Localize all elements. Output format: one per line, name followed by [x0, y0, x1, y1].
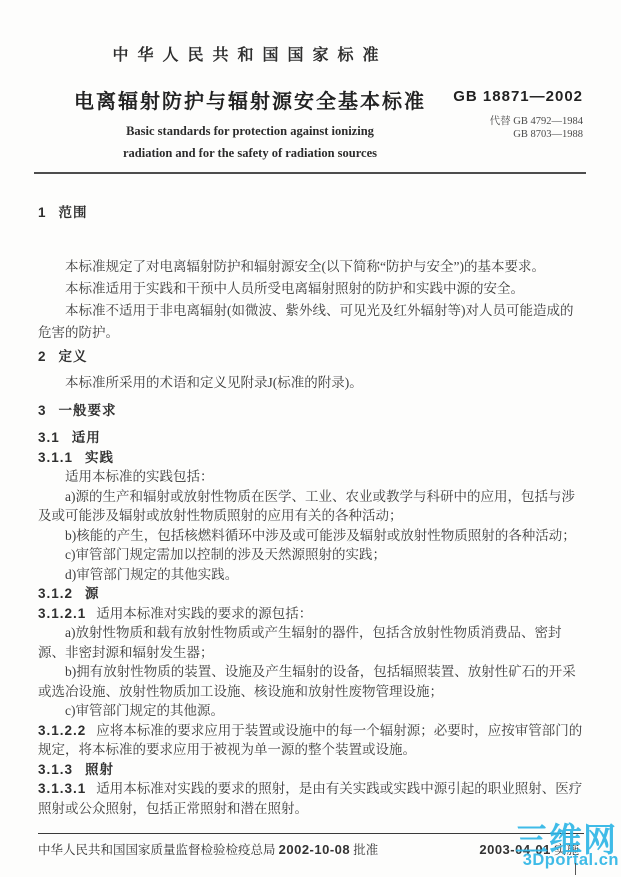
paragraph: 本标准规定了对电离辐射防护和辐射源安全(以下简称“防护与安全”)的基本要求。	[38, 256, 584, 278]
subsection-heading-sources: 3.1.2源	[38, 584, 584, 604]
subsection-heading-practices: 3.1.1实践	[38, 448, 584, 468]
standard-number: GB 18871—2002	[453, 88, 583, 105]
numbered-paragraph: 3.1.2.1适用本标准对实践的要求的源包括：	[38, 604, 584, 624]
list-item-b: b)拥有放射性物质的装置、设施及产生辐射的设备，包括辐照装置、放射性矿石的开采或…	[38, 662, 584, 701]
clause-number: 3.1.3	[38, 762, 73, 777]
paragraph-text: 应将本标准的要求应用于装置或设施中的每一个辐射源；必要时，应按审管部门的规定，将…	[38, 723, 582, 758]
footer-approval: 中华人民共和国国家质量监督检验检疫总局 2002-10-08 批准	[38, 840, 378, 858]
clause-number: 3.1.2.2	[38, 723, 86, 738]
paragraph: 适用本标准的实践包括：	[38, 467, 584, 487]
document-body: 1范围 本标准规定了对电离辐射防护和辐射源安全(以下简称“防护与安全”)的基本要…	[38, 196, 584, 818]
body-lower-segment: 3.1适用 3.1.1实践 适用本标准的实践包括： a)源的生产和辐射或放射性物…	[38, 428, 584, 818]
clause-number: 3.1.2.1	[38, 606, 86, 621]
clause-number: 3.1.2	[38, 586, 73, 601]
section-heading-general-requirements: 3一般要求	[38, 400, 584, 422]
clause-title: 定义	[59, 349, 88, 364]
subsection-heading-applicability: 3.1适用	[38, 428, 584, 448]
clause-title: 范围	[59, 205, 88, 220]
footer-rule	[38, 833, 584, 834]
national-standard-label: 中华人民共和国国家标准	[38, 42, 462, 65]
standard-title-cn: 电离辐射防护与辐射源安全基本标准	[38, 85, 462, 114]
paragraph: 本标准适用于实践和干预中人员所受电离辐射照射的防护和实践中源的安全。	[38, 278, 584, 300]
standard-number-block: GB 18871—2002 代替 GB 4792—1984 GB 8703—19…	[453, 88, 583, 141]
body-upper-segment: 1范围 本标准规定了对电离辐射防护和辐射源安全(以下简称“防护与安全”)的基本要…	[38, 202, 584, 422]
approval-label: 批准	[353, 843, 378, 857]
supersedes-note: 代替 GB 4792—1984 GB 8703—1988	[453, 115, 583, 141]
supersedes-line2: GB 8703—1988	[453, 128, 583, 141]
numbered-paragraph: 3.1.3.1适用本标准对实践的要求的照射，是由有关实践或实践中源引起的职业照射…	[38, 779, 584, 818]
standard-title-en-line1: Basic standards for protection against i…	[38, 120, 462, 142]
clause-number: 1	[38, 205, 47, 220]
supersedes-line1: 代替 GB 4792—1984	[453, 115, 583, 128]
standard-title-en: Basic standards for protection against i…	[38, 120, 462, 164]
clause-title: 一般要求	[59, 403, 117, 418]
section-heading-scope: 1范围	[38, 202, 584, 224]
list-item-d: d)审管部门规定的其他实践。	[38, 565, 584, 585]
approval-date: 2002-10-08	[279, 842, 351, 857]
section-heading-definitions: 2定义	[38, 346, 584, 368]
clause-number: 3.1	[38, 430, 60, 445]
clause-title: 适用	[72, 430, 101, 445]
list-item-a: a)源的生产和辐射或放射性物质在医学、工业、农业或教学与科研中的应用，包括与涉及…	[38, 487, 584, 526]
list-item-a: a)放射性物质和载有放射性物质或产生辐射的器件，包括含放射性物质消费品、密封源、…	[38, 623, 584, 662]
numbered-paragraph: 3.1.2.2应将本标准的要求应用于装置或设施中的每一个辐射源；必要时，应按审管…	[38, 721, 584, 760]
watermark-site-text: 3Dportal.cn	[523, 851, 619, 870]
list-item-c: c)审管部门规定的其他源。	[38, 701, 584, 721]
approval-org: 中华人民共和国国家质量监督检验检疫总局	[38, 843, 276, 857]
clause-number: 2	[38, 349, 47, 364]
paragraph-text: 适用本标准对实践的要求的照射，是由有关实践或实践中源引起的职业照射、医疗照射或公…	[38, 781, 582, 816]
standard-title-en-line2: radiation and for the safety of radiatio…	[38, 142, 462, 164]
clause-number: 3	[38, 403, 47, 418]
paragraph: 本标准不适用于非电离辐射(如微波、紫外线、可见光及红外辐射等)对人员可能造成的危…	[38, 300, 584, 344]
clause-number: 3.1.3.1	[38, 781, 86, 796]
list-item-b: b)核能的产生，包括核燃料循环中涉及或可能涉及辐射或放射性物质照射的各种活动；	[38, 526, 584, 546]
paragraph: 本标准所采用的术语和定义见附录J(标准的附录)。	[38, 372, 584, 394]
header-rule	[34, 172, 586, 174]
clause-title: 实践	[85, 450, 114, 465]
clause-title: 源	[85, 586, 100, 601]
subsection-heading-exposure: 3.1.3照射	[38, 760, 584, 780]
binding-mark	[575, 863, 576, 875]
clause-title: 照射	[85, 762, 114, 777]
paragraph-text: 适用本标准对实践的要求的源包括：	[96, 606, 312, 621]
clause-number: 3.1.1	[38, 450, 73, 465]
document-page: 中华人民共和国国家标准 电离辐射防护与辐射源安全基本标准 Basic stand…	[0, 0, 621, 877]
list-item-c: c)审管部门规定需加以控制的涉及天然源照射的实践；	[38, 545, 584, 565]
